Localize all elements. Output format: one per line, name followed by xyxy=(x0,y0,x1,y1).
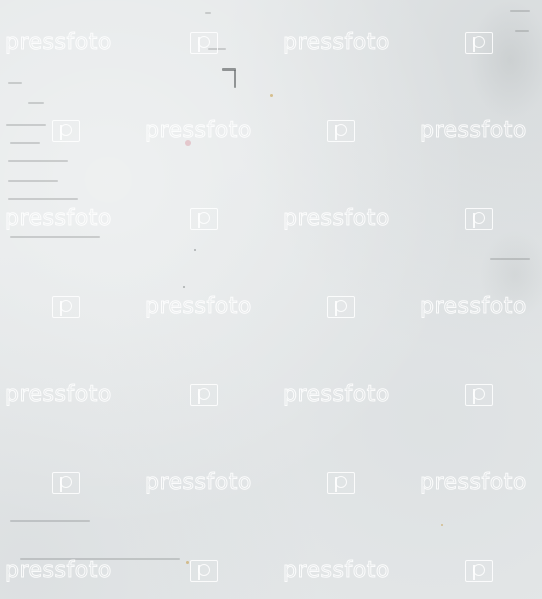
watermark-logo-icon xyxy=(465,384,493,406)
watermark-logo-icon xyxy=(52,296,80,318)
ink-trace xyxy=(10,520,90,522)
ink-trace xyxy=(490,258,530,260)
watermark-logo-icon xyxy=(465,560,493,582)
ink-trace xyxy=(234,70,236,88)
paper-speck xyxy=(441,524,443,526)
ink-trace xyxy=(515,30,529,32)
paper-texture-image: pressfotopressfotopressfotopressfotopres… xyxy=(0,0,542,599)
watermark-text: pressfoto xyxy=(145,294,252,319)
watermark-text: pressfoto xyxy=(5,382,112,407)
ink-trace xyxy=(8,180,58,182)
watermark-logo-icon xyxy=(190,32,218,54)
watermark-text: pressfoto xyxy=(145,470,252,495)
watermark-logo-icon xyxy=(327,296,355,318)
watermark-text: pressfoto xyxy=(283,206,390,231)
watermark-logo-icon xyxy=(465,32,493,54)
ink-trace xyxy=(205,12,211,14)
watermark-text: pressfoto xyxy=(283,558,390,583)
watermark-text: pressfoto xyxy=(283,382,390,407)
watermark-text: pressfoto xyxy=(5,30,112,55)
ink-trace xyxy=(8,160,68,162)
watermark-logo-icon xyxy=(52,120,80,142)
watermark-logo-icon xyxy=(52,472,80,494)
watermark-text: pressfoto xyxy=(420,470,527,495)
watermark-logo-icon xyxy=(327,120,355,142)
paper-speck xyxy=(194,249,196,251)
watermark-logo-icon xyxy=(190,384,218,406)
watermark-text: pressfoto xyxy=(420,118,527,143)
watermark-logo-icon xyxy=(190,560,218,582)
ink-trace xyxy=(10,142,40,144)
watermark-text: pressfoto xyxy=(145,118,252,143)
ink-trace xyxy=(8,82,22,84)
watermark-text: pressfoto xyxy=(5,558,112,583)
paper-speck xyxy=(183,286,185,288)
paper-speck xyxy=(270,94,273,97)
paper-stain xyxy=(470,0,542,120)
watermark-text: pressfoto xyxy=(283,30,390,55)
paper-speck xyxy=(186,561,189,564)
ink-trace xyxy=(28,102,44,104)
watermark-text: pressfoto xyxy=(420,294,527,319)
watermark-logo-icon xyxy=(190,208,218,230)
ink-trace xyxy=(6,124,46,126)
watermark-logo-icon xyxy=(465,208,493,230)
ink-trace xyxy=(510,10,530,12)
watermark-logo-icon xyxy=(327,472,355,494)
ink-trace xyxy=(8,198,78,200)
watermark-text: pressfoto xyxy=(5,206,112,231)
ink-trace xyxy=(10,236,100,238)
